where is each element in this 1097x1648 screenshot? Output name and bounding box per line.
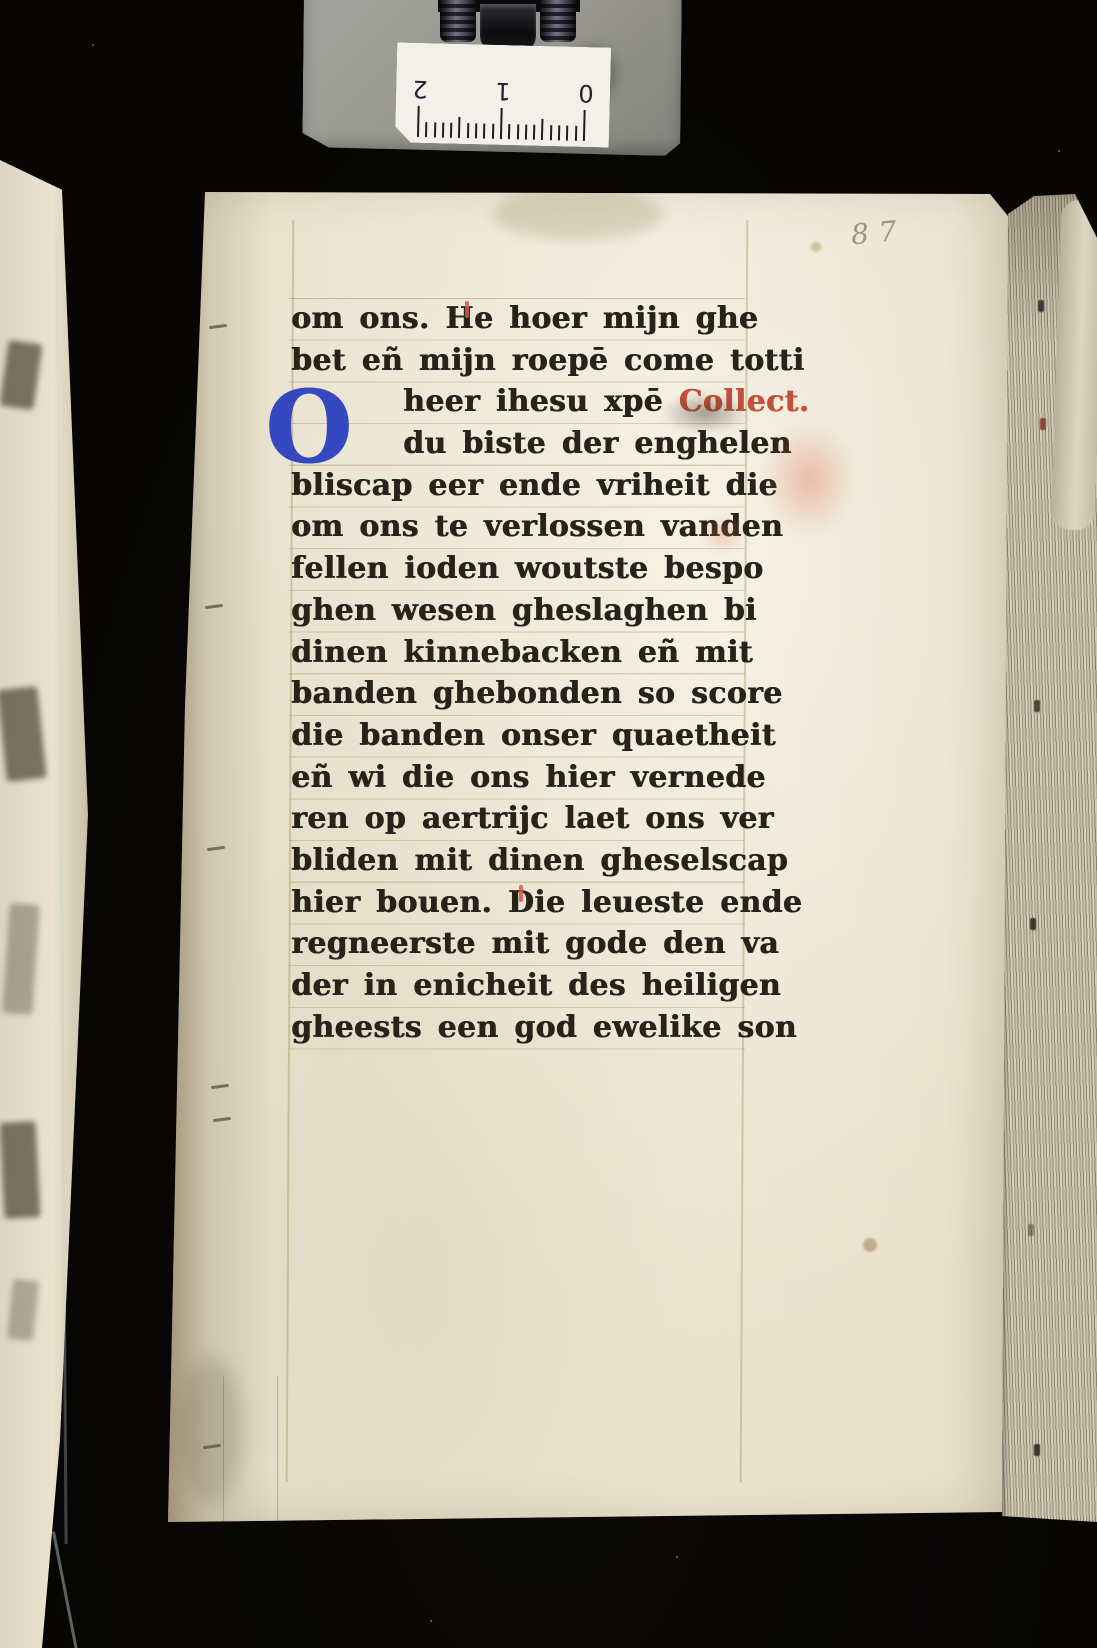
fore-edge-mark xyxy=(1040,418,1046,430)
fore-edge-mark xyxy=(1034,700,1040,712)
fore-edge-mark xyxy=(1034,1444,1040,1456)
text-segment: bliden mit dinen gheselscap xyxy=(291,843,788,878)
text-line: om ons. He hoer mijn ghe xyxy=(291,298,753,340)
ruler-tick xyxy=(483,124,485,139)
dust-speck xyxy=(92,44,94,46)
text-segment: ghen wesen gheslaghen bi xyxy=(291,593,757,628)
ruler-tick xyxy=(583,110,586,141)
text-segment: der in enicheit des heiligen xyxy=(291,968,781,1003)
fore-edge-mark xyxy=(1030,918,1036,930)
text-line: gheests een god ewelike son xyxy=(291,1007,753,1049)
facing-page xyxy=(0,160,96,1648)
ruler-tick xyxy=(434,122,436,137)
ruler-tick xyxy=(533,125,535,140)
ruler-sticker: 0 1 2 xyxy=(395,42,611,147)
text-segment: du biste der enghelen xyxy=(403,426,792,461)
ruler-tick xyxy=(525,125,527,140)
text-line: bliscap eer ende vriheit die xyxy=(291,465,753,507)
text-line: der in enicheit des heiligen xyxy=(291,965,753,1007)
fore-edge-page-stack xyxy=(1000,192,1097,1524)
ruler-tick xyxy=(425,122,427,137)
text-line: regneerste mit gode den va xyxy=(291,923,753,965)
manuscript-page: 87 O om ons. He hoer mijn ghebet eñ mijn… xyxy=(163,186,1013,1522)
gutter-crease xyxy=(277,1376,278,1522)
text-segment: He xyxy=(445,298,493,340)
bleed-through-text-mark xyxy=(0,1121,40,1219)
gutter-shading xyxy=(163,186,273,1522)
text-segment: bet eñ mijn roepē come totti xyxy=(291,343,804,378)
fore-edge-mark xyxy=(1038,300,1044,312)
text-segment: banden ghebonden so score xyxy=(291,676,782,711)
text-line: ghen wesen gheslaghen bi xyxy=(291,590,753,632)
fore-edge-mark xyxy=(1028,1224,1034,1236)
ruler-number-1: 1 xyxy=(491,77,516,106)
folio-number: 87 xyxy=(850,214,908,252)
text-segment: die banden onser quaetheit xyxy=(291,718,776,753)
ruler-tick xyxy=(450,123,452,138)
ruler-tick xyxy=(492,124,494,139)
text-segment: eñ wi die ons hier vernede xyxy=(291,760,766,795)
ruler-tick xyxy=(500,108,503,139)
text-line: hier bouen. Die leueste ende xyxy=(291,882,753,924)
text-line: bliden mit dinen gheselscap xyxy=(291,840,753,882)
ruler-number-2: 2 xyxy=(408,75,433,104)
text-segment: fellen ioden woutste bespo xyxy=(291,551,763,586)
text-segment: om ons. xyxy=(291,301,445,336)
text-segment: D xyxy=(508,882,534,924)
bleed-through-text-mark xyxy=(7,1279,39,1341)
text-segment: hier bouen. xyxy=(291,885,508,920)
text-segment: heer ihesu xpē xyxy=(403,384,679,419)
manuscript-photograph: 0 1 2 87 O om ons. He hoer mijn ghebet e… xyxy=(0,0,1097,1648)
text-segment: hoer mijn ghe xyxy=(493,301,758,336)
stain xyxy=(493,188,663,240)
stain xyxy=(179,1356,243,1506)
text-block: O om ons. He hoer mijn ghebet eñ mijn ro… xyxy=(291,298,753,1050)
bowed-page-flap xyxy=(1050,199,1097,530)
text-line: bet eñ mijn roepē come totti xyxy=(291,340,753,382)
ruler-tick xyxy=(467,123,469,138)
text-line: fellen ioden woutste bespo xyxy=(291,548,753,590)
glass-plate-edge xyxy=(52,1531,79,1648)
ruler-tick xyxy=(517,124,519,139)
text-line: du biste der enghelen xyxy=(403,423,753,465)
ruler-tick xyxy=(550,125,552,140)
ruler-tick xyxy=(442,123,444,138)
ruler-tick xyxy=(558,125,560,140)
bleed-through-text-mark xyxy=(0,686,47,782)
ruler-tick xyxy=(508,124,510,139)
stain xyxy=(863,1238,877,1252)
clip-coil-left xyxy=(440,0,476,42)
text-segment: dinen kinnebacken eñ mit xyxy=(291,635,753,670)
dust-speck xyxy=(430,1620,432,1622)
ruler-tick xyxy=(475,123,477,138)
ruler: 0 1 2 xyxy=(395,42,611,147)
text-segment: om ons te verlossen vanden xyxy=(291,509,783,544)
stain xyxy=(811,242,821,252)
ruler-tick xyxy=(417,106,420,137)
ruler-tick xyxy=(541,119,544,140)
bleed-through-text-mark xyxy=(0,340,42,410)
text-line: ren op aertrijc laet ons ver xyxy=(291,798,753,840)
text-segment: ie leueste ende xyxy=(534,885,802,920)
text-line: heer ihesu xpē Collect. xyxy=(403,381,753,423)
text-segment: bliscap eer ende vriheit die xyxy=(291,468,778,503)
text-line: banden ghebonden so score xyxy=(291,673,753,715)
text-line: eñ wi die ons hier vernede xyxy=(291,757,753,799)
ruler-number-0: 0 xyxy=(574,79,599,108)
text-line: om ons te verlossen vanden xyxy=(291,506,753,548)
text-segment: ren op aertrijc laet ons ver xyxy=(291,801,774,836)
ruler-tick xyxy=(458,117,461,138)
text-segment: gheests een god ewelike son xyxy=(291,1010,797,1045)
text-segment: regneerste mit gode den va xyxy=(291,926,779,961)
dust-speck xyxy=(676,1556,678,1558)
bleed-through-text-mark xyxy=(2,903,40,1015)
dust-speck xyxy=(1058,150,1060,152)
ruler-tick xyxy=(566,126,568,141)
initial-letter-o: O xyxy=(265,384,352,470)
ruler-tick xyxy=(575,126,577,141)
rubric-text: Collect. xyxy=(679,384,810,419)
text-line: dinen kinnebacken eñ mit xyxy=(291,632,753,674)
clip-coil-right xyxy=(540,0,576,42)
text-line: die banden onser quaetheit xyxy=(291,715,753,757)
